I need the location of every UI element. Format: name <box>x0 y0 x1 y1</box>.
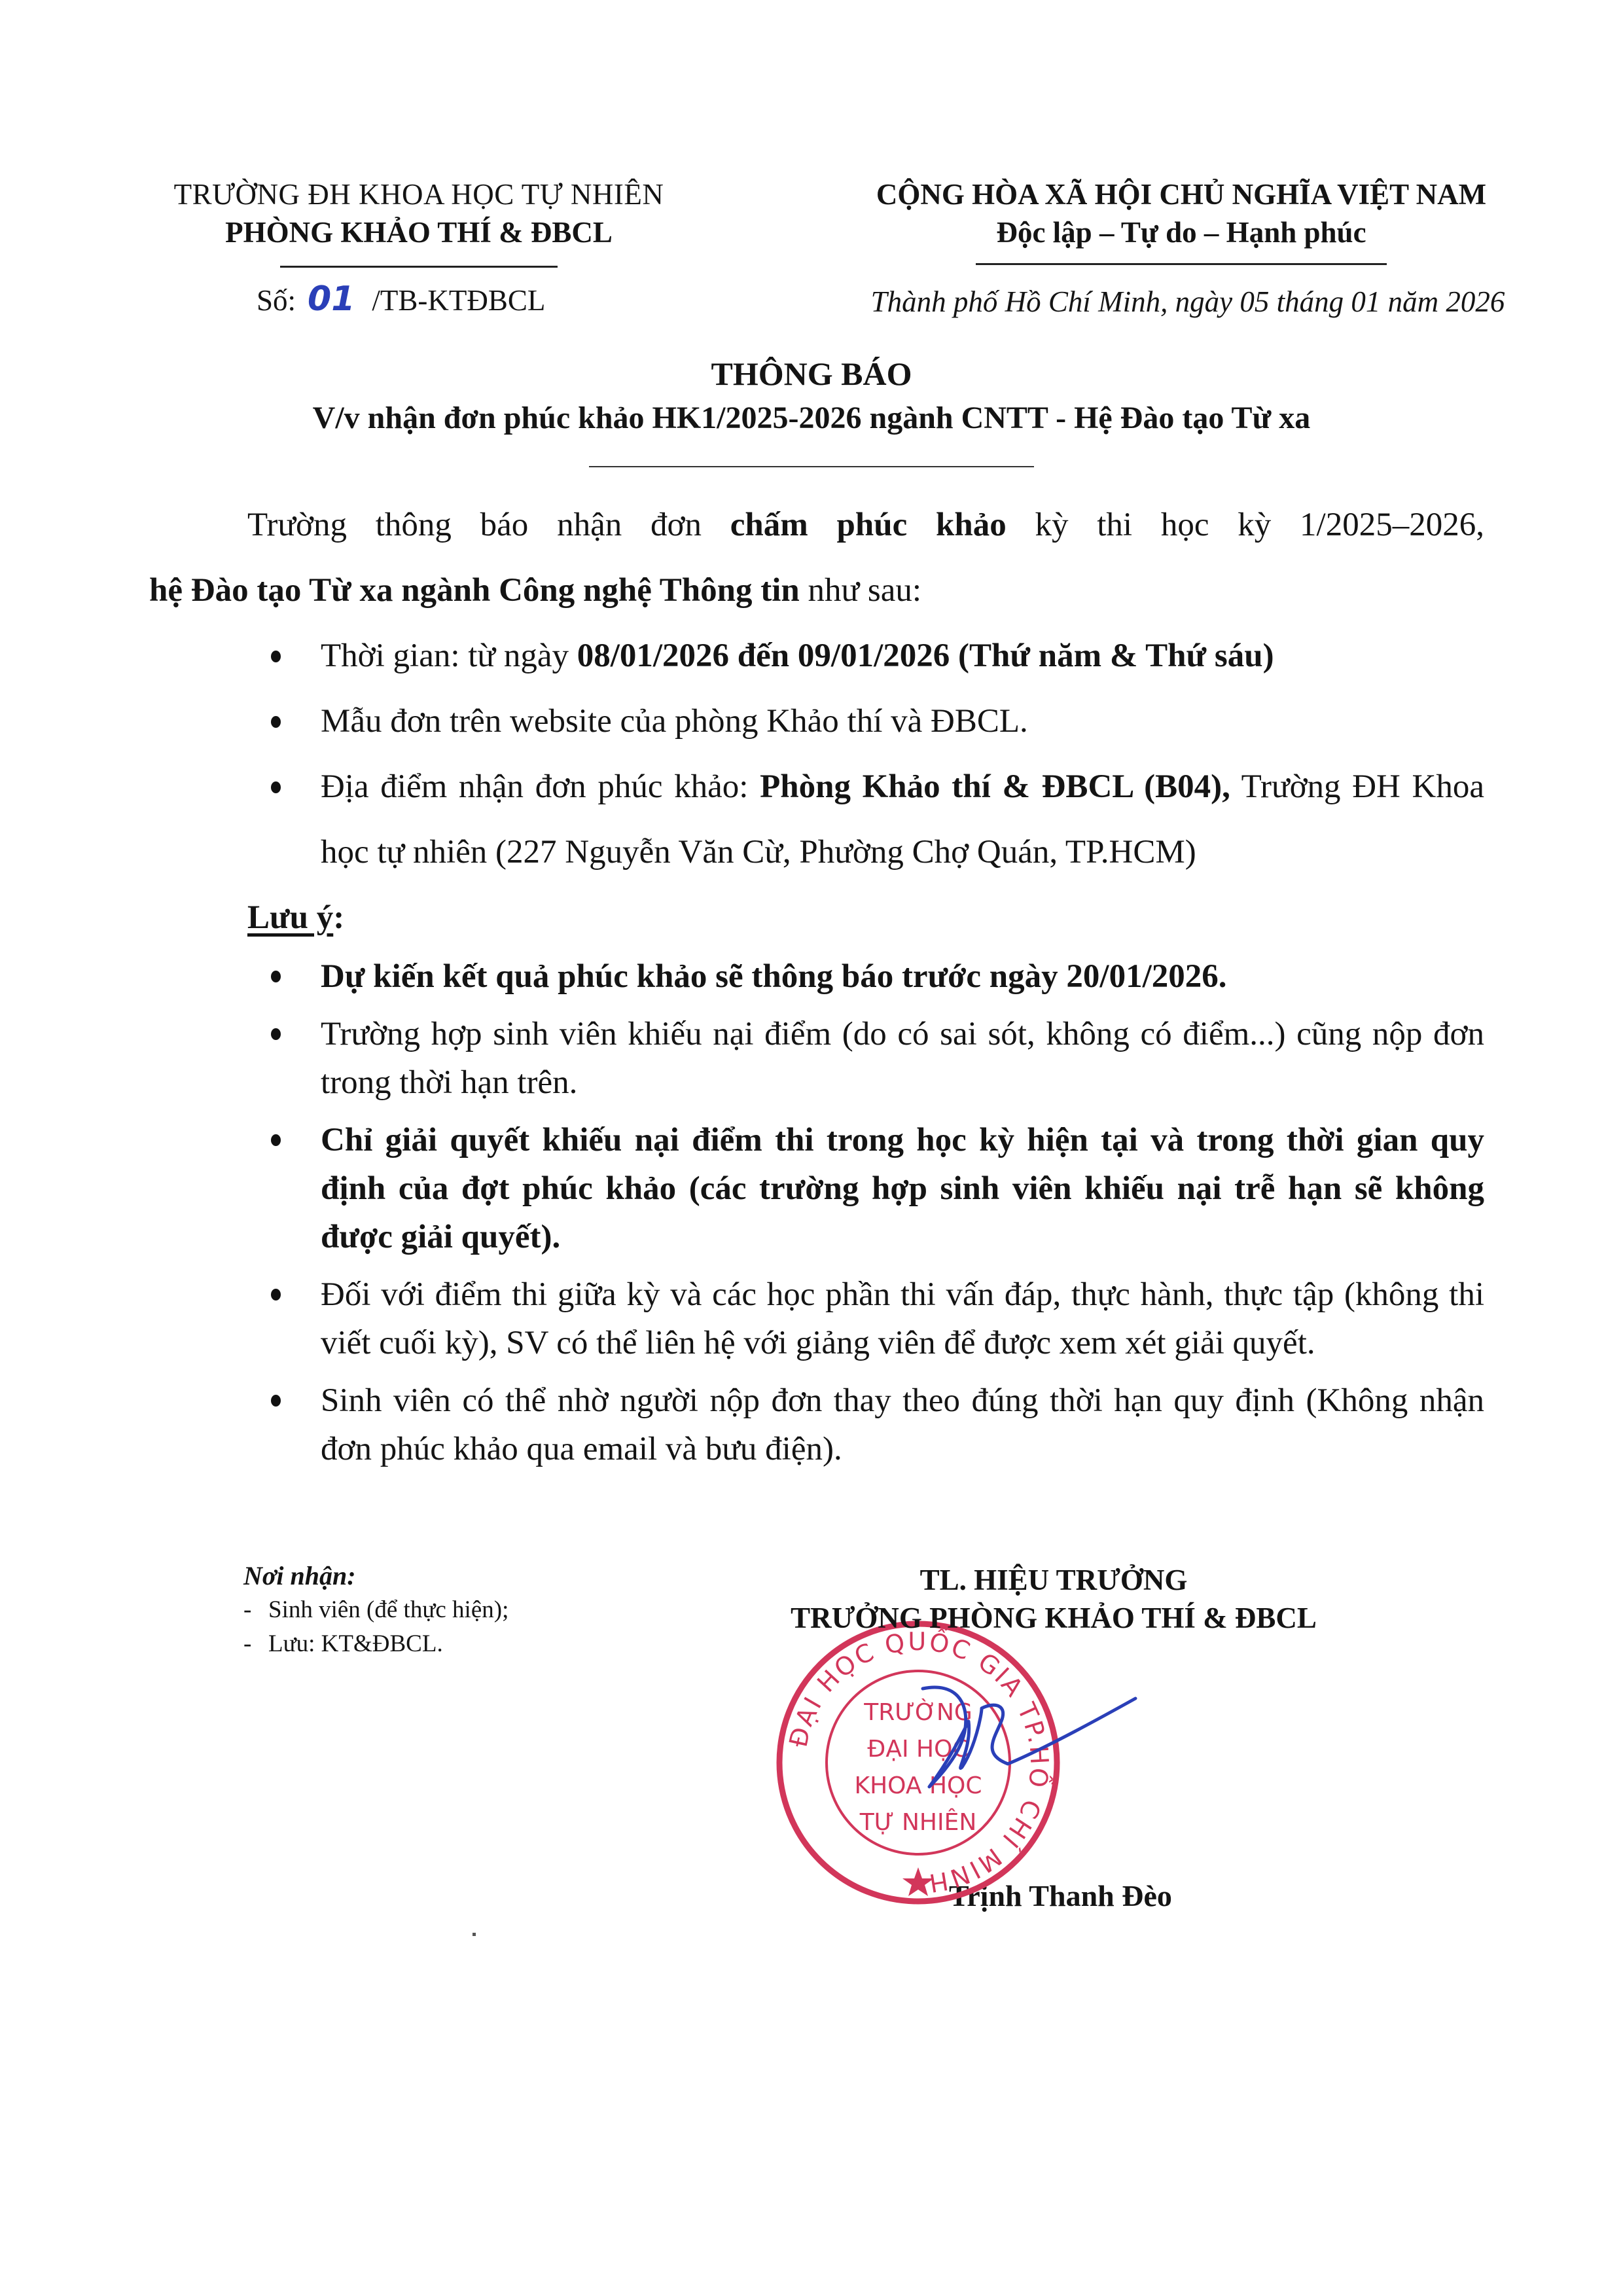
intro-text: kỳ thi học kỳ 1/2025–2026, <box>1007 507 1484 543</box>
department-name: PHÒNG KHẢO THÍ & ĐBCL <box>131 213 707 251</box>
bullet-icon <box>271 651 281 662</box>
program-name: hệ Đào tạo Từ xa ngành Công nghệ Thông t… <box>149 572 800 609</box>
recipient-item: Lưu: KT&ĐBCL. <box>243 1627 508 1661</box>
number-prefix: Số: <box>257 284 296 317</box>
detail-item-time: Thời gian: từ ngày 08/01/2026 đến 09/01/… <box>247 623 1484 689</box>
note-text: Dự kiến kết quả phúc khảo sẽ thông báo t… <box>321 958 1227 995</box>
detail-emphasis: Phòng Khảo thí & ĐBCL (B04), <box>760 768 1230 805</box>
document-subject: V/v nhận đơn phúc khảo HK1/2025-2026 ngà… <box>131 395 1492 441</box>
note-item: Chỉ giải quyết khiếu nại điểm thi trong … <box>247 1116 1484 1261</box>
intro-text: Trường thông báo nhận đơn <box>247 507 730 543</box>
signatory-authority: TL. HIỆU TRƯỞNG <box>726 1561 1381 1599</box>
recipients-block: Nơi nhận: Sinh viên (để thực hiện); Lưu:… <box>243 1559 508 1661</box>
notes-list: Dự kiến kết quả phúc khảo sẽ thông báo t… <box>247 952 1484 1482</box>
bullet-icon <box>271 716 281 728</box>
detail-text: Thời gian: từ ngày <box>321 637 577 674</box>
bullet-icon <box>271 1028 281 1040</box>
handwritten-signature-icon <box>910 1676 1158 1800</box>
intro-line-1: Trường thông báo nhận đơn chấm phúc khảo… <box>149 492 1484 558</box>
intro-line-2: hệ Đào tạo Từ xa ngành Công nghệ Thông t… <box>149 558 1484 623</box>
note-text: Đối với điểm thi giữa kỳ và các học phần… <box>321 1276 1484 1361</box>
notes-label: Lưu ý: <box>247 885 344 950</box>
detail-item-form: Mẫu đơn trên website của phòng Khảo thí … <box>247 689 1484 754</box>
notes-label-text: Lưu ý <box>247 899 333 936</box>
intro-text: như sau: <box>800 572 921 609</box>
header-left-divider <box>280 266 558 268</box>
recipient-item: Sinh viên (để thực hiện); <box>243 1593 508 1627</box>
signature-block: TL. HIỆU TRƯỞNG TRƯỞNG PHÒNG KHẢO THÍ & … <box>726 1561 1381 1637</box>
document-title-block: THÔNG BÁO V/v nhận đơn phúc khảo HK1/202… <box>131 352 1492 467</box>
document-number: Số:01/TB-KTĐBCL <box>257 280 545 319</box>
bullet-icon <box>271 1289 281 1300</box>
signatory-position: TRƯỞNG PHÒNG KHẢO THÍ & ĐBCL <box>726 1599 1381 1637</box>
note-item: Dự kiến kết quả phúc khảo sẽ thông báo t… <box>247 952 1484 1001</box>
stamp-inner-text: TỰ NHIÊN <box>859 1808 977 1836</box>
intro-paragraph: Trường thông báo nhận đơn chấm phúc khảo… <box>149 492 1484 623</box>
nation-title: CỘNG HÒA XÃ HỘI CHỦ NGHĨA VIỆT NAM <box>805 175 1558 213</box>
details-list: Thời gian: từ ngày 08/01/2026 đến 09/01/… <box>247 623 1484 885</box>
bullet-icon <box>271 971 281 982</box>
note-text: Sinh viên có thể nhờ người nộp đơn thay … <box>321 1382 1484 1467</box>
scan-artifact <box>473 1933 476 1936</box>
header-right-divider <box>976 263 1387 265</box>
detail-text: Mẫu đơn trên website của phòng Khảo thí … <box>321 703 1028 740</box>
handwritten-number: 01 <box>308 279 355 319</box>
number-suffix: /TB-KTĐBCL <box>372 284 545 317</box>
recipients-label: Nơi nhận: <box>243 1559 508 1593</box>
note-item: Đối với điểm thi giữa kỳ và các học phần… <box>247 1270 1484 1367</box>
notes-label-colon: : <box>333 899 344 936</box>
intro-emphasis: chấm phúc khảo <box>730 507 1007 543</box>
note-text: Chỉ giải quyết khiếu nại điểm thi trong … <box>321 1122 1484 1255</box>
bullet-icon <box>271 781 281 793</box>
national-motto: Độc lập – Tự do – Hạnh phúc <box>805 213 1558 251</box>
note-text: Trường hợp sinh viên khiếu nại điểm (do … <box>321 1016 1484 1101</box>
bullet-icon <box>271 1134 281 1146</box>
document-heading: THÔNG BÁO <box>131 352 1492 395</box>
detail-text: Địa điểm nhận đơn phúc khảo: <box>321 768 760 805</box>
bullet-icon <box>271 1395 281 1407</box>
note-item: Trường hợp sinh viên khiếu nại điểm (do … <box>247 1010 1484 1107</box>
issuer-header: TRƯỜNG ĐH KHOA HỌC TỰ NHIÊN PHÒNG KHẢO T… <box>131 175 707 268</box>
national-header: CỘNG HÒA XÃ HỘI CHỦ NGHĨA VIỆT NAM Độc l… <box>805 175 1558 265</box>
note-item: Sinh viên có thể nhờ người nộp đơn thay … <box>247 1376 1484 1473</box>
title-divider <box>589 466 1034 467</box>
detail-item-location: Địa điểm nhận đơn phúc khảo: Phòng Khảo … <box>247 754 1484 885</box>
university-name: TRƯỜNG ĐH KHOA HỌC TỰ NHIÊN <box>131 175 707 213</box>
detail-emphasis: 08/01/2026 đến 09/01/2026 (Thứ năm & Thứ… <box>577 637 1274 674</box>
place-and-date: Thành phố Hồ Chí Minh, ngày 05 tháng 01 … <box>811 283 1564 321</box>
